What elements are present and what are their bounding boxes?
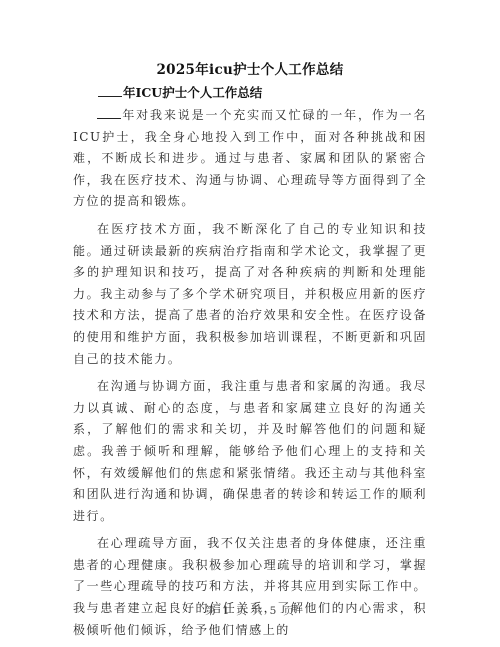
document-title: 2025年icu护士个人工作总结 (0, 58, 500, 78)
current-page-number: 1 (223, 605, 231, 617)
document-subtitle: 年ICU护士个人工作总结 (98, 83, 262, 101)
page-label-prefix: 第 (205, 605, 217, 617)
page-label-mid: 页 共 (236, 605, 263, 617)
total-pages-number: 5 (270, 605, 278, 617)
document-page: 2025年icu护士个人工作总结 年ICU护士个人工作总结 年对我来说是一个充实… (0, 0, 500, 647)
subtitle-text: 年ICU护士个人工作总结 (123, 85, 262, 100)
year-blank (97, 107, 121, 119)
year-blank (98, 85, 122, 97)
paragraph-psychological: 在心理疏导方面，我不仅关注患者的身体健康，还注重患者的心理健康。我积极参加心理疏… (73, 533, 427, 641)
paragraph-communication: 在沟通与协调方面，我注重与患者和家属的沟通。我尽力以真诚、耐心的态度，与患者和家… (73, 376, 427, 527)
page-label-suffix: 页 (283, 605, 295, 617)
paragraph-medical-tech: 在医疗技术方面，我不断深化了自己的专业知识和技能。通过研读最新的疾病治疗指南和学… (73, 219, 427, 370)
page-footer: 第1页 共5页 (0, 603, 500, 618)
paragraph-text: 年对我来说是一个充实而又忙碌的一年，作为一名ICU护士，我全身心地投入到工作中，… (73, 108, 427, 208)
document-body: 年对我来说是一个充实而又忙碌的一年，作为一名ICU护士，我全身心地投入到工作中，… (73, 105, 427, 647)
paragraph-intro: 年对我来说是一个充实而又忙碌的一年，作为一名ICU护士，我全身心地投入到工作中，… (73, 105, 427, 213)
